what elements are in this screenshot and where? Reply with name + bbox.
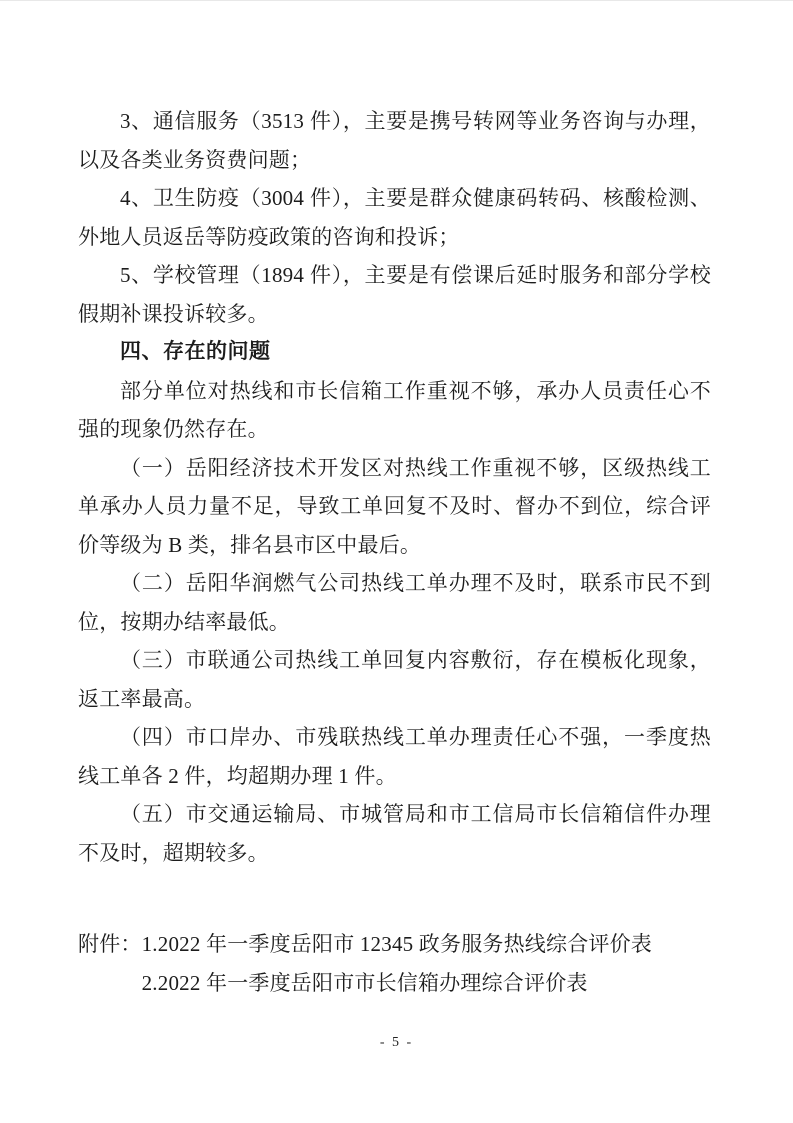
paragraph-item-4-health: 4、卫生防疫（3004 件），主要是群众健康码转码、核酸检测、外地人员返岳等防疫…	[78, 179, 711, 256]
page-number: - 5 -	[0, 1035, 793, 1051]
paragraph-problem-3: （三）市联通公司热线工单回复内容敷衍，存在模板化现象，返工率最高。	[78, 641, 711, 718]
attachment-item-1: 1.2022 年一季度岳阳市 12345 政务服务热线综合评价表	[142, 925, 711, 964]
paragraph-problem-5: （五）市交通运输局、市城管局和市工信局市长信箱信件办理不及时，超期较多。	[78, 795, 711, 872]
attachments-label: 附件：	[78, 925, 142, 964]
paragraph-item-5-school: 5、学校管理（1894 件），主要是有偿课后延时服务和部分学校假期补课投诉较多。	[78, 256, 711, 333]
attachments-list: 1.2022 年一季度岳阳市 12345 政务服务热线综合评价表 2.2022 …	[142, 925, 711, 1002]
paragraph-problem-2: （二）岳阳华润燃气公司热线工单办理不及时，联系市民不到位，按期办结率最低。	[78, 564, 711, 641]
attachment-item-2: 2.2022 年一季度岳阳市市长信箱办理综合评价表	[142, 964, 711, 1003]
section-heading-problems: 四、存在的问题	[78, 333, 711, 372]
attachments-block: 附件： 1.2022 年一季度岳阳市 12345 政务服务热线综合评价表 2.2…	[78, 925, 711, 1002]
document-body: 3、通信服务（3513 件），主要是携号转网等业务咨询与办理，以及各类业务资费问…	[78, 102, 711, 1002]
paragraph-problem-1: （一）岳阳经济技术开发区对热线工作重视不够，区级热线工单承办人员力量不足，导致工…	[78, 449, 711, 565]
paragraph-problems-intro: 部分单位对热线和市长信箱工作重视不够，承办人员责任心不强的现象仍然存在。	[78, 372, 711, 449]
paragraph-item-3-telecom: 3、通信服务（3513 件），主要是携号转网等业务咨询与办理，以及各类业务资费问…	[78, 102, 711, 179]
paragraph-problem-4: （四）市口岸办、市残联热线工单办理责任心不强，一季度热线工单各 2 件，均超期办…	[78, 718, 711, 795]
document-page: 3、通信服务（3513 件），主要是携号转网等业务咨询与办理，以及各类业务资费问…	[0, 0, 793, 1123]
